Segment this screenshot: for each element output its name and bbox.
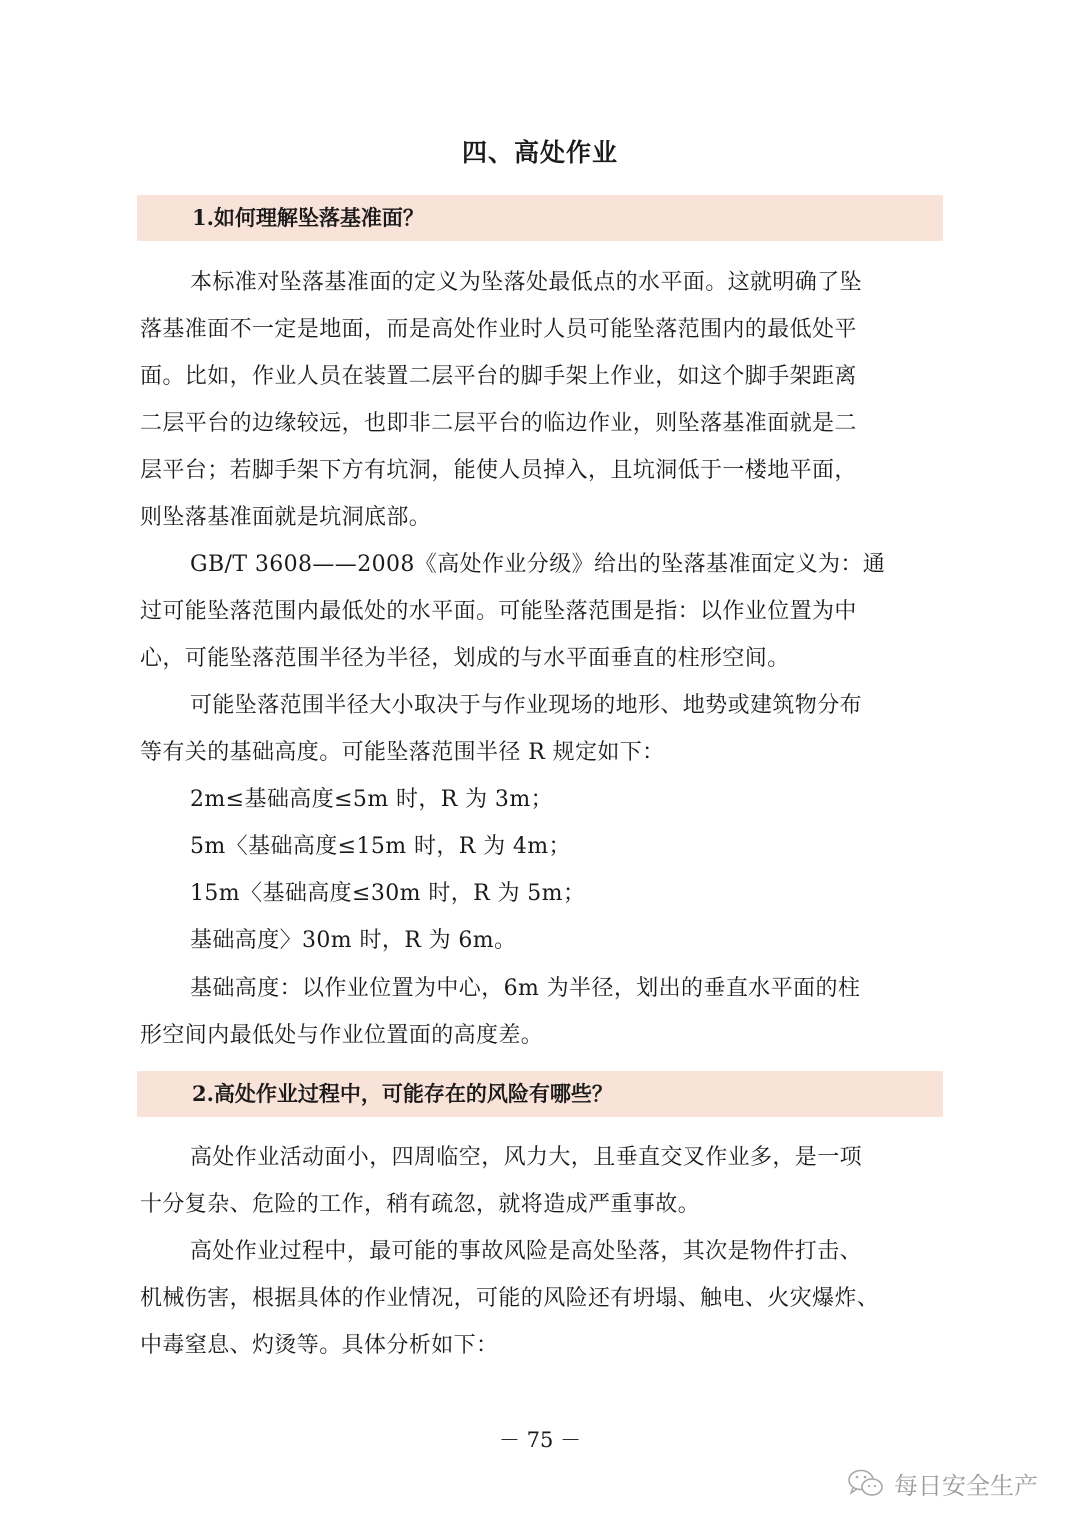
- paragraph-line: 本标准对坠落基准面的定义为坠落处最低点的水平面。这就明确了坠: [190, 270, 1000, 296]
- paragraph-line: 二层平台的边缘较远，也即非二层平台的临边作业，则坠落基准面就是二: [140, 411, 950, 437]
- watermark-text: 每日安全生产: [894, 1466, 1038, 1501]
- section-heading-text: 2.高处作业过程中，可能存在的风险有哪些？: [192, 1081, 613, 1107]
- paragraph-line: GB/T 3608——2008《高处作业分级》给出的坠落基准面定义为：通: [190, 552, 1000, 578]
- wechat-icon: [846, 1468, 888, 1500]
- section-heading-2: 2.高处作业过程中，可能存在的风险有哪些？: [137, 1071, 943, 1117]
- paragraph-line: 面。比如，作业人员在装置二层平台的脚手架上作业，如这个脚手架距离: [140, 364, 950, 390]
- watermark: 每日安全生产: [846, 1466, 1038, 1501]
- paragraph-line: 则坠落基准面就是坑洞底部。: [140, 505, 950, 531]
- list-item: 15m〈基础高度≤30m 时，R 为 5m；: [190, 881, 1000, 907]
- page-title: 四、高处作业: [0, 133, 1080, 169]
- paragraph-line: 中毒窒息、灼烫等。具体分析如下：: [140, 1333, 950, 1359]
- section-heading-text: 1.如何理解坠落基准面？: [192, 205, 424, 231]
- paragraph-line: 层平台；若脚手架下方有坑洞，能使人员掉入，且坑洞低于一楼地平面，: [140, 458, 950, 484]
- list-item: 2m≤基础高度≤5m 时，R 为 3m；: [190, 787, 1000, 813]
- paragraph-line: 过可能坠落范围内最低处的水平面。可能坠落范围是指：以作业位置为中: [140, 599, 950, 625]
- paragraph-line: 高处作业活动面小，四周临空，风力大，且垂直交叉作业多，是一项: [190, 1145, 1000, 1171]
- paragraph-line: 机械伤害，根据具体的作业情况，可能的风险还有坍塌、触电、火灾爆炸、: [140, 1286, 950, 1312]
- page-number: － 75 －: [0, 1424, 1080, 1454]
- paragraph-line: 十分复杂、危险的工作，稍有疏忽，就将造成严重事故。: [140, 1192, 950, 1218]
- paragraph-line: 高处作业过程中，最可能的事故风险是高处坠落，其次是物件打击、: [190, 1239, 1000, 1265]
- paragraph-line: 可能坠落范围半径大小取决于与作业现场的地形、地势或建筑物分布: [190, 693, 1000, 719]
- paragraph-line: 等有关的基础高度。可能坠落范围半径 R 规定如下：: [140, 740, 950, 766]
- paragraph-line: 形空间内最低处与作业位置面的高度差。: [140, 1023, 950, 1049]
- paragraph-line: 基础高度：以作业位置为中心，6m 为半径，划出的垂直水平面的柱: [190, 976, 1000, 1002]
- paragraph-line: 心，可能坠落范围半径为半径，划成的与水平面垂直的柱形空间。: [140, 646, 950, 672]
- section-heading-1: 1.如何理解坠落基准面？: [137, 195, 943, 241]
- paragraph-line: 落基准面不一定是地面，而是高处作业时人员可能坠落范围内的最低处平: [140, 317, 950, 343]
- list-item: 5m〈基础高度≤15m 时，R 为 4m；: [190, 834, 1000, 860]
- list-item: 基础高度〉30m 时，R 为 6m。: [190, 928, 1000, 954]
